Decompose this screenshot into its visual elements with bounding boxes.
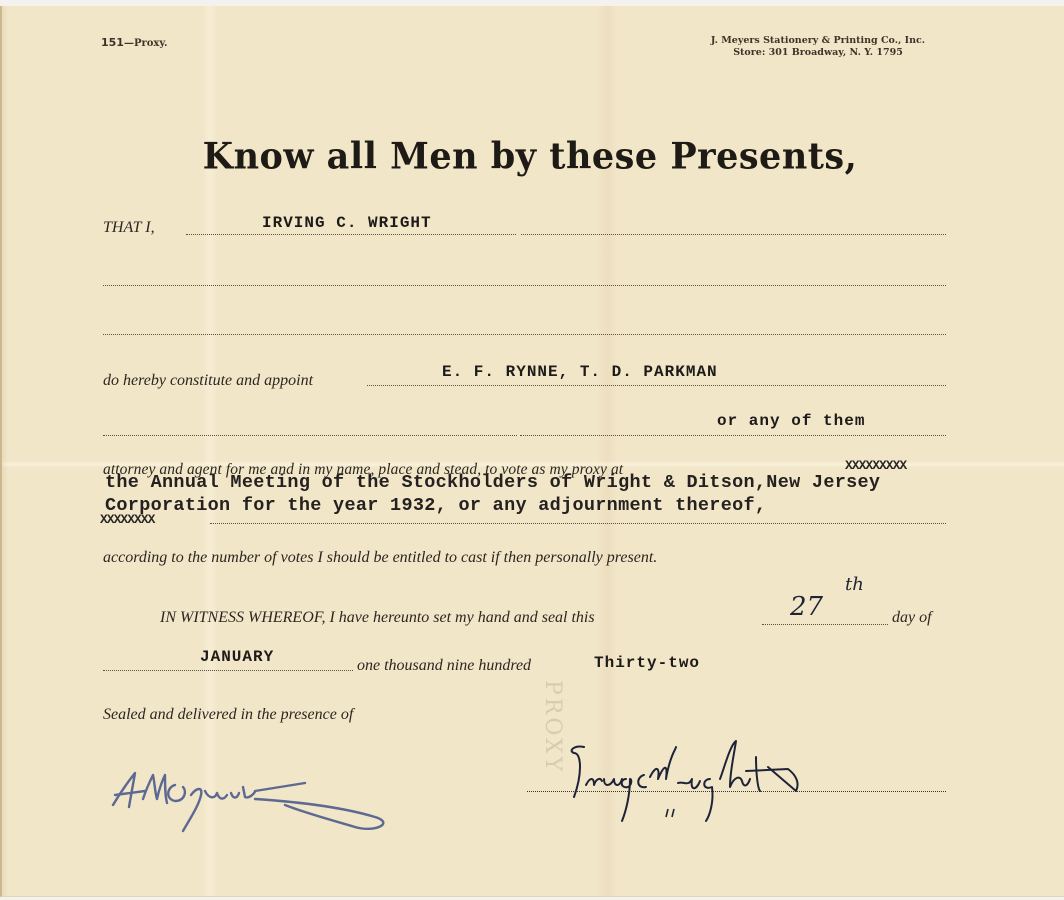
day-line — [762, 624, 888, 625]
printer-line-2: Store: 301 Broadway, N. Y. 1795 — [668, 47, 968, 59]
meeting-line-1: the Annual Meeting of the Stockholders o… — [105, 472, 880, 493]
grantor-name: IRVING C. WRIGHT — [262, 214, 432, 232]
form-number: 151—Proxy. — [101, 36, 168, 49]
year-value: Thirty-two — [594, 654, 700, 672]
printer-imprint: J. Meyers Stationery & Printing Co., Inc… — [668, 35, 968, 59]
appointees-line-2a — [103, 435, 517, 436]
day-of-label: day of — [892, 609, 932, 627]
printer-line-1: J. Meyers Stationery & Printing Co., Inc… — [668, 35, 968, 47]
month-line — [103, 670, 353, 671]
according-clause: according to the number of votes I shoul… — [103, 549, 657, 567]
sealed-label: Sealed and delivered in the presence of — [103, 706, 353, 724]
that-label: THAT I, — [103, 219, 155, 237]
witness-clause: IN WITNESS WHEREOF, I have hereunto set … — [160, 609, 595, 627]
appoint-label: do hereby constitute and appoint — [103, 372, 313, 390]
form-type: —Proxy. — [124, 38, 168, 49]
grantor-signature-drawing — [560, 735, 880, 825]
struck-text-1: XXXXXXXXX — [845, 458, 906, 473]
appointees-line-2b — [520, 435, 946, 436]
appointees-value: E. F. RYNNE, T. D. PARKMAN — [442, 363, 718, 381]
month-value: JANUARY — [200, 648, 274, 666]
grantor-line-a — [186, 234, 516, 235]
day-value: 27 — [790, 592, 823, 622]
document-headline: Know all Men by these Presents, — [150, 135, 910, 178]
day-suffix: th — [845, 574, 864, 595]
form-number-value: 151 — [101, 36, 124, 49]
witness-signature-drawing — [105, 765, 395, 840]
grantor-line-b — [521, 234, 946, 235]
appointees-suffix: or any of them — [717, 412, 865, 430]
struck-text-2: XXXXXXXX — [100, 512, 154, 527]
meeting-line-2: Corporation for the year 1932, or any ad… — [105, 495, 766, 516]
year-label: one thousand nine hundred — [357, 657, 531, 675]
blank-line-2 — [103, 334, 946, 335]
appointees-line — [367, 385, 946, 386]
meeting-line-rule — [210, 523, 946, 524]
blank-line-1 — [103, 285, 946, 286]
